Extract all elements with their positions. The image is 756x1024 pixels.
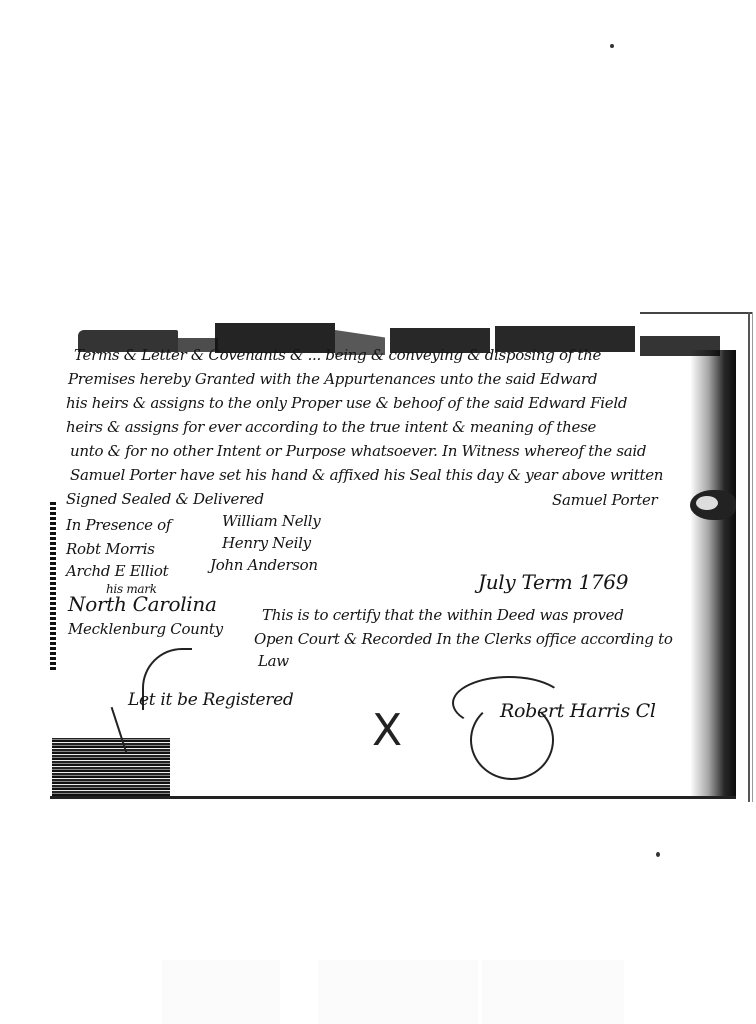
deed-line-3: his heirs & assigns to the only Proper u…	[66, 394, 627, 412]
scan-artifact	[162, 960, 280, 1024]
bottom-left-stamp	[52, 738, 170, 796]
bottom-border-line	[50, 796, 736, 799]
speck	[610, 44, 614, 48]
frame-top-line	[640, 312, 752, 314]
frame-right-line-inner	[752, 312, 753, 802]
x-mark: X	[372, 705, 402, 756]
court-date: July Term 1769	[478, 570, 628, 594]
clerk-signature: Robert Harris Cl	[500, 700, 656, 722]
scan-artifact	[318, 960, 478, 1024]
grantor-signature: Samuel Porter	[552, 491, 657, 509]
speck	[656, 852, 660, 857]
witness-right-2: Henry Neily	[222, 534, 311, 552]
deed-line-5: unto & for no other Intent or Purpose wh…	[70, 442, 646, 460]
jurisdiction-state: North Carolina	[68, 592, 217, 616]
witness-heading: In Presence of	[66, 516, 171, 534]
witness-right-1: William Nelly	[222, 512, 320, 530]
jurisdiction-county: Mecklenburg County	[68, 620, 223, 638]
witness-left-1: Robt Morris	[66, 540, 155, 558]
witness-right-3: John Anderson	[210, 556, 318, 574]
deed-line-2: Premises hereby Granted with the Appurte…	[68, 370, 597, 388]
dark-right-edge	[690, 350, 736, 798]
certification-line-2: Open Court & Recorded In the Clerks offi…	[254, 630, 673, 648]
deed-line-4: heirs & assigns for ever according to th…	[66, 418, 596, 436]
signed-sealed-delivered: Signed Sealed & Delivered	[66, 490, 264, 508]
registration-note: Let it be Registered	[128, 690, 293, 710]
certification-line-1: This is to certify that the within Deed …	[262, 606, 624, 624]
wax-seal	[690, 490, 736, 520]
witness-left-2: Archd E Elliot	[66, 562, 168, 580]
deed-line-6: Samuel Porter have set his hand & affixe…	[70, 466, 663, 484]
deed-line-1: Terms & Letter & Covenants & ... being &…	[74, 346, 601, 364]
frame-right-line	[748, 312, 750, 802]
left-edge-mark	[50, 500, 56, 670]
scan-artifact	[482, 960, 624, 1024]
certification-line-3: Law	[258, 652, 289, 670]
